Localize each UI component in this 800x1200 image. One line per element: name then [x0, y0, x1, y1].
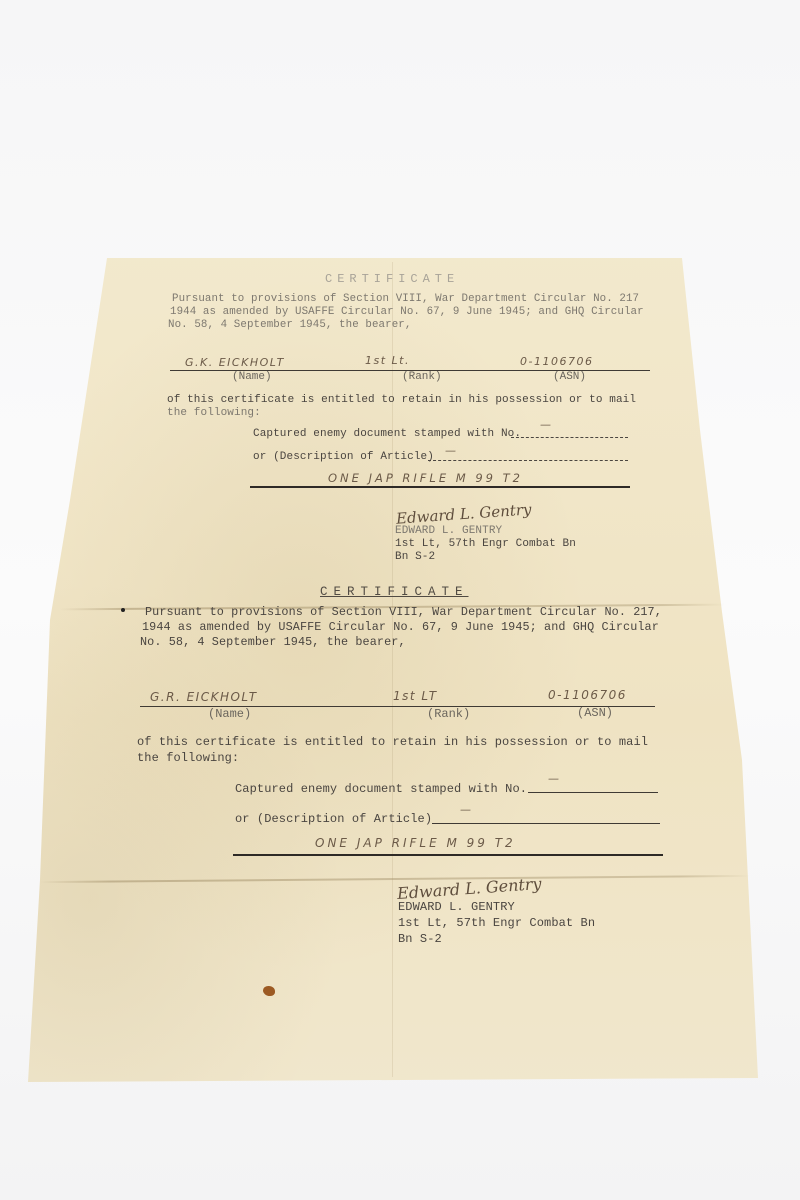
certificate-1-entitlement-line-2: the following:: [167, 406, 261, 421]
certificate-1-name-label: (Name): [232, 371, 272, 383]
certificate-2-preamble-line-2: 1944 as amended by USAFFE Circular No. 6…: [142, 620, 659, 635]
certificate-1-captured-doc-value: —: [540, 418, 553, 431]
certificate-2-name-value: G.R. EICKHOLT: [150, 690, 258, 704]
certificate-2-signer-section: Bn S-2: [398, 932, 442, 947]
certificate-1-asn-value: 0-1106706: [520, 355, 593, 368]
certificate-1-captured-doc-line: [511, 437, 628, 438]
certificate-2-preamble-line-3: No. 58, 4 September 1945, the bearer,: [140, 635, 406, 650]
certificate-2-description-line: [432, 823, 660, 824]
certificate-2-asn-value: 0-1106706: [548, 688, 627, 702]
certificate-1-captured-doc-label: Captured enemy document stamped with No.: [253, 427, 521, 442]
certificate-2-signer-name: EDWARD L. GENTRY: [398, 900, 515, 915]
certificate-2-signer-unit: 1st Lt, 57th Engr Combat Bn: [398, 916, 595, 931]
certificate-2-preamble-line-1: Pursuant to provisions of Section VIII, …: [145, 605, 662, 620]
ink-dot: [121, 608, 125, 612]
certificate-2-rank-value: 1st LT: [393, 689, 438, 703]
certificate-2-article-value: ONE JAP RIFLE M 99 T2: [315, 836, 516, 850]
rust-stain: [263, 986, 275, 996]
certificate-1-article-value: ONE JAP RIFLE M 99 T2: [328, 471, 523, 485]
certificate-2-entitlement-line-2: the following:: [137, 751, 239, 766]
certificate-2-captured-doc-label: Captured enemy document stamped with No.: [235, 782, 527, 797]
certificate-2-title: CERTIFICATE: [320, 585, 469, 599]
certificate-1-article-line: [250, 486, 630, 488]
certificate-2-rank-label: (Rank): [427, 707, 470, 721]
certificate-1-rank-label: (Rank): [402, 371, 442, 383]
certificate-1-rank-value: 1st Lt.: [365, 354, 410, 367]
certificate-1-asn-label: (ASN): [553, 371, 586, 383]
certificate-1-title: CERTIFICATE: [325, 272, 459, 286]
certificate-2-asn-label: (ASN): [577, 706, 613, 720]
certificate-2-description-value: —: [460, 803, 473, 816]
certificate-1-preamble-line-3: No. 58, 4 September 1945, the bearer,: [168, 318, 411, 333]
certificate-2-article-line: [233, 854, 663, 856]
certificate-1-description-value: —: [445, 444, 458, 457]
certificate-2-entitlement-line-1: of this certificate is entitled to retai…: [137, 735, 648, 750]
certificate-2-captured-doc-line: [528, 792, 658, 793]
certificate-2-name-label: (Name): [208, 707, 251, 721]
paper-sheet: [0, 0, 800, 1200]
certificate-1-signer-section: Bn S-2: [395, 550, 435, 565]
certificate-1-description-line: [428, 460, 628, 461]
fold-line-vertical: [392, 262, 393, 1077]
certificate-2-captured-doc-value: —: [548, 772, 561, 785]
certificate-1-name-value: G.K. EICKHOLT: [185, 356, 285, 369]
certificate-2-description-label: or (Description of Article): [235, 812, 432, 827]
certificate-1-description-label: or (Description of Article): [253, 450, 434, 465]
